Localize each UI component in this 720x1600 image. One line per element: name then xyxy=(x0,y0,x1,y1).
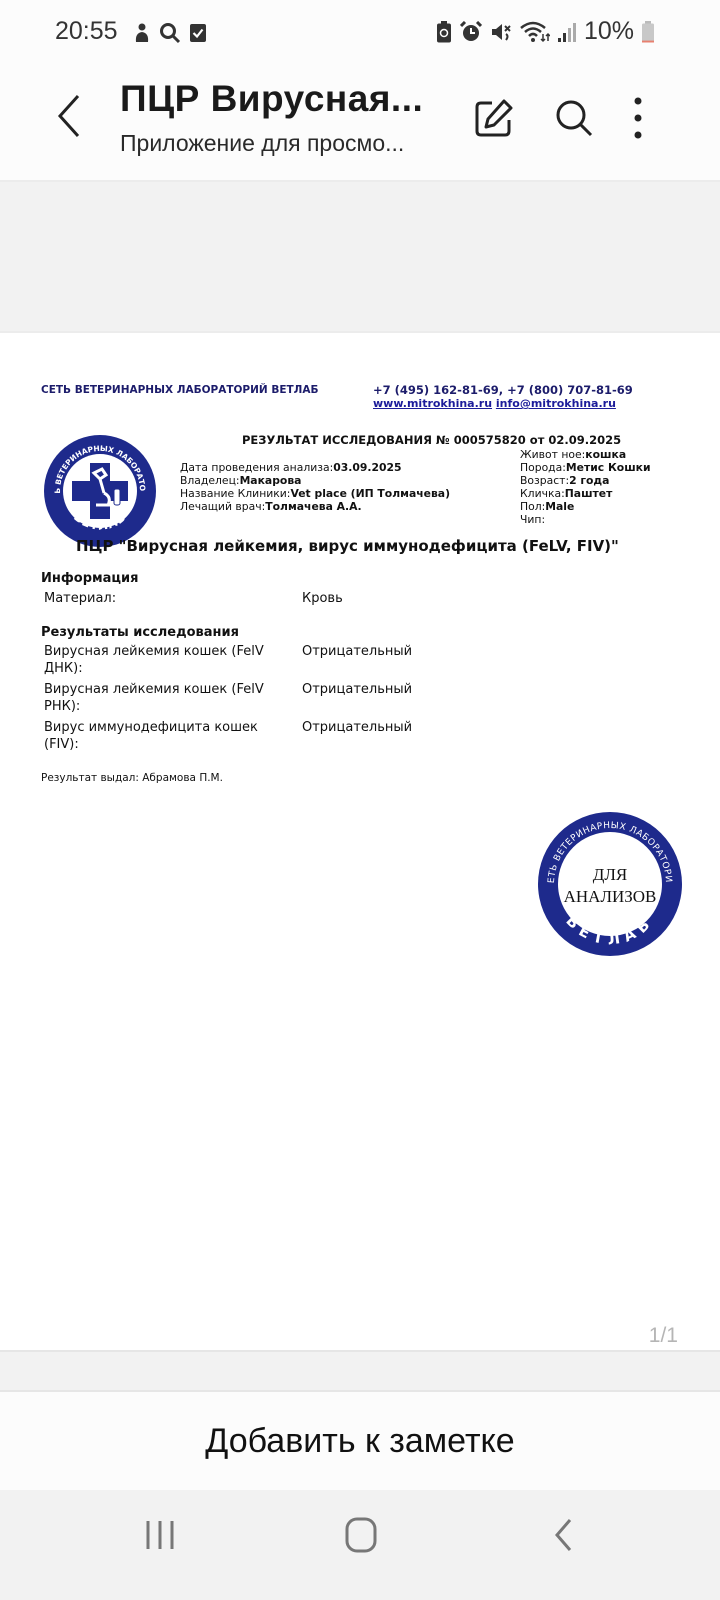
info-section-heading: Информация xyxy=(41,571,139,586)
meta-sex: Пол:Male xyxy=(520,500,651,513)
svg-text:АНАЛИЗОВ: АНАЛИЗОВ xyxy=(564,887,657,906)
svg-text:ДЛЯ: ДЛЯ xyxy=(593,865,627,884)
search-icon[interactable] xyxy=(554,98,594,138)
edit-icon[interactable] xyxy=(474,98,514,138)
system-nav-bar xyxy=(0,1490,720,1600)
battery-percent: 10% xyxy=(584,17,634,46)
meta-right: Живот ное:кошка Порода:Метис Кошки Возра… xyxy=(520,448,651,526)
result-number-title: РЕЗУЛЬТАТ ИССЛЕДОВАНИЯ № 000575820 от 02… xyxy=(242,433,621,447)
page-subtitle: Приложение для просмо... xyxy=(120,130,404,157)
meta-doctor: Лечащий врач:Толмачева А.А. xyxy=(180,500,450,513)
status-time: 20:55 xyxy=(55,17,118,46)
result-row-label: Вирус иммунодефицита кошек (FIV): xyxy=(44,719,284,753)
meta-animal: Живот ное:кошка xyxy=(520,448,651,461)
result-row-label: Вирусная лейкемия кошек (FelV РНК): xyxy=(44,681,284,715)
result-row-value: Отрицательный xyxy=(302,643,412,660)
meta-chip: Чип: xyxy=(520,513,651,526)
search-icon xyxy=(159,22,181,44)
meta-pet-name: Кличка:Паштет xyxy=(520,487,651,500)
wifi-icon xyxy=(520,21,550,43)
meta-owner: Владелец:Макарова xyxy=(180,474,450,487)
back-nav-icon[interactable] xyxy=(552,1517,574,1553)
page-title: ПЦР Вирусная... xyxy=(120,78,423,120)
add-to-note-label: Добавить к заметке xyxy=(205,1422,514,1461)
meta-breed: Порода:Метис Кошки xyxy=(520,461,651,474)
info-row-value: Кровь xyxy=(302,590,343,607)
document-page[interactable]: СЕТЬ ВЕТЕРИНАРНЫХ ЛАБОРАТОРИЙ ВЕТЛАБ +7 … xyxy=(0,333,720,1350)
mute-icon xyxy=(490,21,512,43)
issued-by: Результат выдал: Абрамова П.М. xyxy=(41,772,223,784)
lab-network-name: СЕТЬ ВЕТЕРИНАРНЫХ ЛАБОРАТОРИЙ ВЕТЛАБ xyxy=(41,384,319,396)
more-icon[interactable] xyxy=(630,96,646,140)
lab-phones: +7 (495) 162-81-69, +7 (800) 707-81-69 xyxy=(373,383,633,397)
result-row-label: Вирусная лейкемия кошек (FelV ДНК): xyxy=(44,643,284,677)
checkbox-icon xyxy=(189,23,207,43)
page-counter: 1/1 xyxy=(649,1324,678,1348)
signal-icon xyxy=(558,21,576,43)
lab-stamp: СЕТЬ ВЕТЕРИНАРНЫХ ЛАБОРАТОРИЙ ВЕТЛАБ ДЛЯ… xyxy=(536,810,684,958)
alarm-icon xyxy=(460,21,482,43)
battery-saver-icon xyxy=(436,21,452,43)
notification-person-icon xyxy=(133,22,151,44)
test-title: ПЦР "Вирусная лейкемия, вирус иммунодефи… xyxy=(76,537,619,555)
viewer-margin-top xyxy=(0,180,720,333)
recents-icon[interactable] xyxy=(144,1517,176,1553)
result-row-value: Отрицательный xyxy=(302,681,412,698)
back-icon[interactable] xyxy=(52,92,88,140)
vetlab-logo: СЕТЬ ВЕТЕРИНАРНЫХ ЛАБОРАТОРИЙ ВЕТЛАБ xyxy=(42,433,158,549)
meta-analysis-date: Дата проведения анализа:03.09.2025 xyxy=(180,461,450,474)
lab-email-link[interactable]: info@mitrokhina.ru xyxy=(496,397,616,410)
status-bar: 20:55 10% xyxy=(0,0,720,64)
add-to-note-button[interactable]: Добавить к заметке xyxy=(0,1392,720,1490)
viewer-margin-bottom xyxy=(0,1350,720,1392)
meta-clinic: Название Клиники:Vet place (ИП Толмачева… xyxy=(180,487,450,500)
home-icon[interactable] xyxy=(344,1515,378,1555)
info-row-label: Материал: xyxy=(44,590,284,607)
battery-icon xyxy=(642,21,654,43)
result-row-value: Отрицательный xyxy=(302,719,412,736)
results-section-heading: Результаты исследования xyxy=(41,625,239,640)
lab-website-link[interactable]: www.mitrokhina.ru xyxy=(373,397,492,410)
meta-left: Дата проведения анализа:03.09.2025 Владе… xyxy=(180,461,450,513)
app-bar: ПЦР Вирусная... Приложение для просмо... xyxy=(0,64,720,180)
meta-age: Возраст:2 года xyxy=(520,474,651,487)
